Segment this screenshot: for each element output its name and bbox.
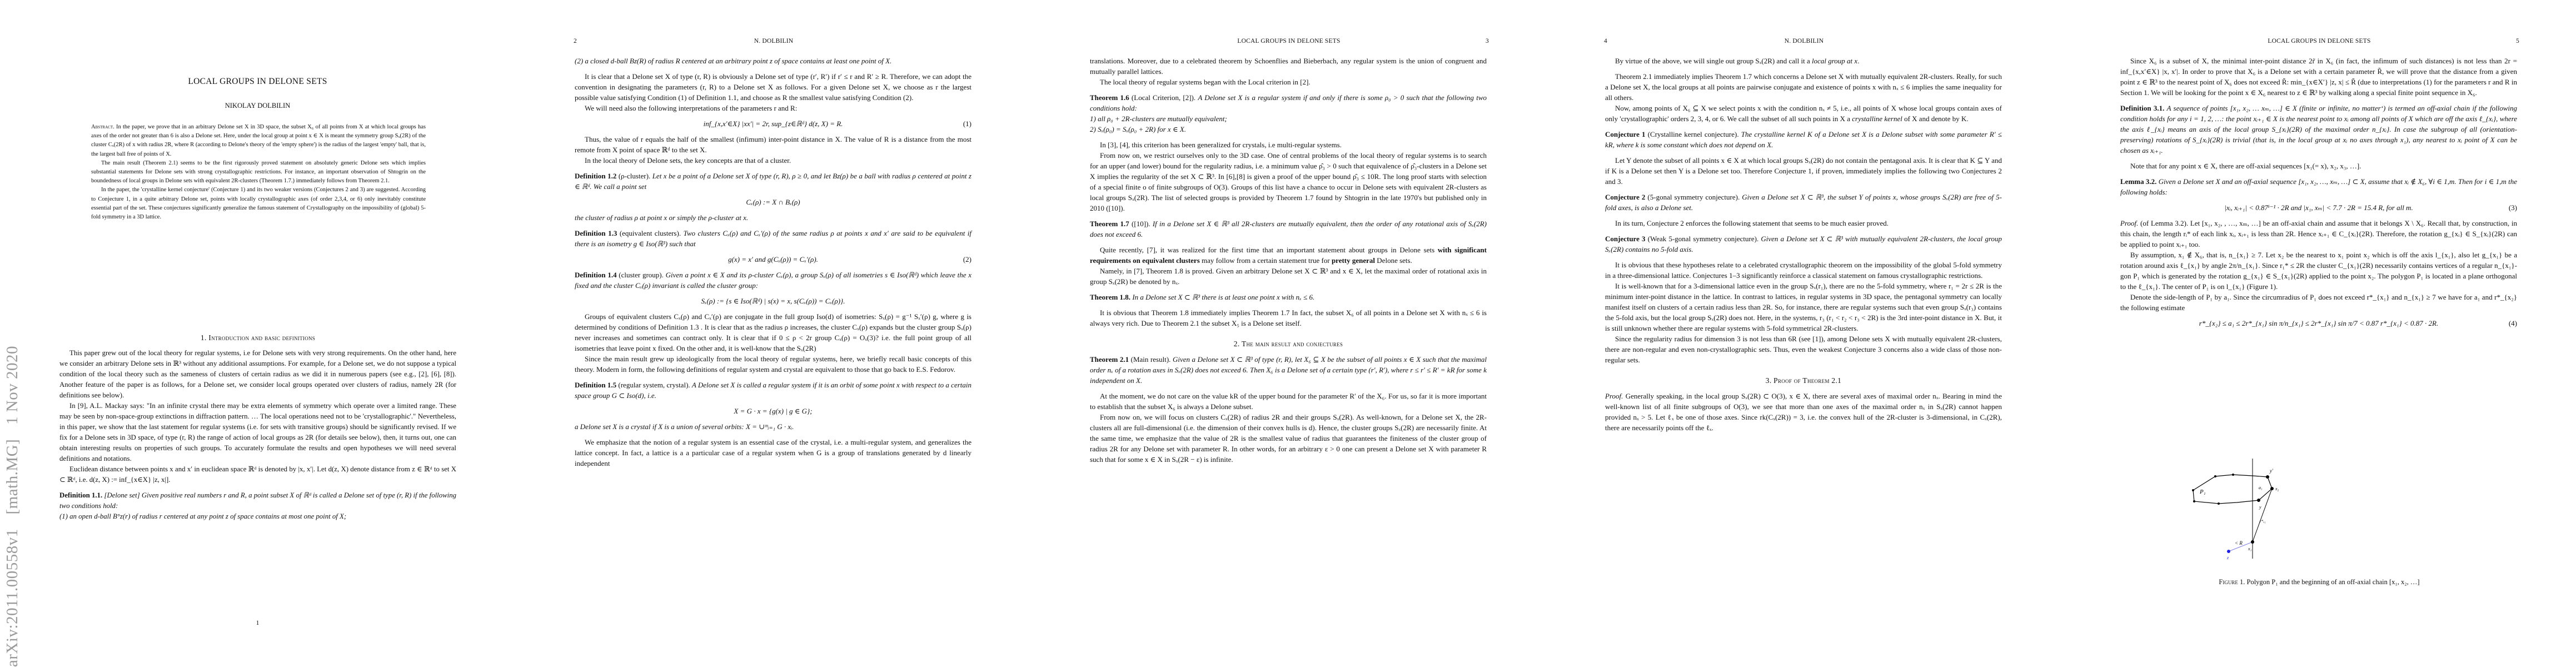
header-text: LOCAL GROUPS IN DELONE SETS — [2268, 38, 2370, 44]
equation-number: (2) — [963, 254, 971, 265]
equation-cluster: Cₓ(ρ) := X ∩ Bₓ(ρ) — [575, 197, 971, 207]
paragraph: In its turn, Conjecture 2 enforces the f… — [1605, 218, 2002, 228]
theorem-label: Theorem 1.8. — [1090, 293, 1130, 301]
paragraph: The local theory of regular systems bega… — [1090, 77, 1487, 87]
abstract: Abstract. In the paper, we prove that in… — [91, 123, 426, 222]
header-text: N. DOLBILIN — [1785, 38, 1824, 44]
label-a1: a₁ — [2259, 485, 2263, 490]
theorem-label: Theorem 2.1 — [1090, 355, 1129, 364]
page-3-body: translations. Moreover, due to a celebra… — [1090, 56, 1487, 465]
text-run: Delone sets. — [1375, 256, 1412, 265]
running-header: LOCAL GROUPS IN DELONE SETS 3 — [1089, 38, 1489, 44]
theorem-label: Theorem 1.7 — [1090, 220, 1129, 228]
paper-author: NIKOLAY DOLBILIN — [0, 102, 515, 110]
text-run: . — [1857, 57, 1859, 65]
paragraph: It is obvious that these hypotheses rela… — [1605, 260, 2002, 281]
abstract-label: Abstract. — [91, 124, 114, 130]
equation-2: g(x) = x′ and g(Cₓ(ρ)) = Cₓ′(ρ).(2) — [575, 254, 971, 265]
definition-continuation: the cluster of radius ρ at point x or si… — [575, 212, 971, 223]
definition-text: A sequence of points [x₁, x₂, … xₘ, …] ∈… — [2120, 104, 2517, 155]
label-r-star: r*ₓ₁ — [2260, 519, 2266, 524]
theorem-condition: 1) all ρ₀ + 2R-clusters are mutually equ… — [1090, 113, 1487, 124]
figure-caption: Figure 1. Polygon P₁ and the beginning o… — [2119, 578, 2519, 586]
definition-label: Definition 1.5 — [575, 381, 616, 389]
section-heading: 1. Introduction and basic definitions — [59, 332, 456, 343]
conjecture-name: (5-gonal symmetry conjecture). — [1647, 193, 1740, 201]
paragraph: From now on, we restrict ourselves only … — [1090, 150, 1487, 213]
paragraph: Since the main result grew up ideologica… — [575, 354, 971, 375]
theorem-1-7: Theorem 1.7 ([10]). If in a Delone set X… — [1090, 218, 1487, 240]
paragraph: From now on, we will focus on clusters C… — [1090, 412, 1487, 465]
equation-3: |xᵢ, xᵢ₊₁| < 0.87ⁱ⁻¹ · 2R and |x₁, xₘ| <… — [2120, 202, 2517, 213]
point-x1 — [2251, 540, 2254, 544]
page-number: 3 — [1486, 38, 1489, 44]
definition-label: Definition 1.4 — [575, 271, 617, 279]
page-4: 4 N. DOLBILIN By virtue of the above, we… — [1546, 0, 2061, 667]
running-header: 4 N. DOLBILIN — [1604, 38, 2004, 44]
label-p1: P₁ — [2199, 489, 2206, 495]
page-2-body: (2) a closed d-ball Bz(R) of radius R ce… — [575, 56, 971, 469]
proof: Proof. (of Lemma 3.2). Let [x₁, x₂, , …,… — [2120, 218, 2517, 250]
paragraph: We will need also the following interpre… — [575, 103, 971, 113]
paragraph: In the local theory of Delone sets, the … — [575, 155, 971, 166]
abstract-paragraph: In the paper, the 'crystalline kernel co… — [91, 186, 426, 222]
paragraph: It is clear that a Delone set X of type … — [575, 71, 971, 103]
theorem-1-6: Theorem 1.6 (Local Criterion, [2]). A De… — [1090, 92, 1487, 113]
page-5-body: Since X₆ is a subset of X, the minimal i… — [2120, 56, 2517, 333]
paragraph: Let Y denote the subset of all points x … — [1605, 155, 2002, 187]
conjecture-label: Conjecture 1 — [1605, 130, 1646, 138]
page-3: LOCAL GROUPS IN DELONE SETS 3 translatio… — [1030, 0, 1546, 667]
bold-phrase: pretty general — [1332, 256, 1375, 265]
figure-1-polygon-diagram: P₁ a₁ x₂ y y′ r*ₓ₁ x₁ < R z — [2161, 456, 2344, 567]
paragraph: Since X₆ is a subset of X, the minimal i… — [2120, 56, 2517, 98]
equation-number: (1) — [963, 118, 971, 129]
equation-orbit: X = G · x = {g(x) | g ∈ G}; — [575, 406, 971, 416]
text-run: By virtue of the above, we will single o… — [1615, 57, 1812, 65]
definition-name: (cluster group). — [619, 271, 664, 279]
theorem-name: ([10]). — [1132, 220, 1150, 228]
label-less-than-r: < R — [2235, 540, 2243, 546]
definition-1-4: Definition 1.4 (cluster group). Given a … — [575, 270, 971, 291]
proof-label: Proof. — [1605, 392, 1623, 400]
abstract-paragraph: In the paper, we prove that in an arbitr… — [91, 124, 426, 157]
lemma-label: Lemma 3.2. — [2120, 177, 2156, 186]
equation-cluster-group: Sₓ(ρ) := {s ∈ Iso(ℝᵈ) | s(x) = x, s(Cₓ(ρ… — [575, 296, 971, 306]
definition-name: (regular system, crystal). — [618, 381, 690, 389]
running-header: 2 N. DOLBILIN — [574, 38, 974, 44]
definition-continuation: a Delone set X is a crystal if X is a un… — [575, 421, 971, 432]
equation-4: r*_{x₂} ≤ a₁ ≤ 2r*_{x₁} sin π/n_{x₁} ≤ 2… — [2120, 318, 2517, 328]
conjecture-2: Conjecture 2 (5-gonal symmetry conjectur… — [1605, 192, 2002, 213]
proof-text: Generally speaking, in the local group S… — [1605, 392, 2002, 432]
definition-condition: (2) a closed d-ball Bz(R) of radius R ce… — [575, 56, 971, 66]
proof-label: Proof. — [2120, 219, 2138, 227]
conjecture-label: Conjecture 2 — [1605, 193, 1645, 201]
paragraph: Now, among points of X₆ ⊆ X we select po… — [1605, 103, 2002, 124]
arxiv-id: arXiv:2011.00558v1 — [3, 529, 21, 667]
page-number: 2 — [574, 38, 577, 44]
theorem-name: (Main result). — [1131, 355, 1171, 364]
paragraph: By assumption, x₁ ∉ X₆, that is, n_{x₁} … — [2120, 250, 2517, 292]
italic-term: crystalline kernel — [1852, 115, 1902, 123]
paragraph: At the moment, we do not care on the val… — [1090, 391, 1487, 412]
definition-name: (ρ-cluster). — [619, 172, 650, 180]
proof: Proof. Generally speaking, in the local … — [1605, 391, 2002, 433]
paragraph: We emphasize that the notion of a regula… — [575, 437, 971, 469]
arxiv-stamp: arXiv:2011.00558v1 [math.MG] 1 Nov 2020 — [3, 100, 22, 667]
paragraph: It is well-known that for a 3-dimensiona… — [1605, 281, 2002, 333]
header-text: LOCAL GROUPS IN DELONE SETS — [1237, 38, 1340, 44]
definition-label: Definition 1.2 — [575, 172, 616, 180]
running-header: LOCAL GROUPS IN DELONE SETS 5 — [2119, 38, 2519, 44]
conjecture-1: Conjecture 1 (Crystalline kernel conject… — [1605, 129, 2002, 150]
conjecture-name: (Crystalline kernel conjecture). — [1648, 130, 1739, 138]
paragraph: Thus, the value of r equals the half of … — [575, 134, 971, 155]
label-y: y — [2259, 505, 2261, 510]
equation-body: r*_{x₂} ≤ a₁ ≤ 2r*_{x₁} sin π/n_{x₁} ≤ 2… — [2199, 319, 2438, 327]
theorem-2-1: Theorem 2.1 (Main result). Given a Delon… — [1090, 354, 1487, 386]
paragraph: It is obvious that Theorem 1.8 immediate… — [1090, 307, 1487, 328]
theorem-text: In a Delone set X ⊂ ℝ³ there is at least… — [1132, 293, 1314, 301]
link-x1-x2 — [2253, 489, 2272, 542]
paragraph: By virtue of the above, we will single o… — [1605, 56, 2002, 66]
text-run: may follow from a certain statement true… — [1200, 256, 1332, 265]
paragraph: Euclidean distance between points x and … — [59, 464, 456, 485]
page-1-body: 1. Introduction and basic definitions Th… — [59, 332, 456, 522]
definition-1-5: Definition 1.5 (regular system, crystal)… — [575, 380, 971, 401]
page-1: arXiv:2011.00558v1 [math.MG] 1 Nov 2020 … — [0, 0, 515, 667]
label-x2: x₂ — [2275, 486, 2279, 491]
abstract-paragraph: The main result (Theorem 2.1) seems to b… — [91, 159, 426, 186]
page-4-body: By virtue of the above, we will single o… — [1605, 56, 2002, 433]
lemma-3-2: Lemma 3.2. Given a Delone set X and an o… — [2120, 176, 2517, 197]
definition-1-2: Definition 1.2 (ρ-cluster). Let x be a p… — [575, 171, 971, 192]
definition-name: (equivalent clusters). — [620, 229, 681, 237]
paragraph: translations. Moreover, due to a celebra… — [1090, 56, 1487, 77]
theorem-condition: 2) Sₓ(ρ₀) = Sₓ(ρ₀ + 2R) for x ∈ X. — [1090, 124, 1487, 135]
conjecture-name: (Weak 5-gonal symmetry conjecture). — [1648, 235, 1759, 243]
conjecture-3: Conjecture 3 (Weak 5-gonal symmetry conj… — [1605, 233, 2002, 255]
definition-label: Definition 1.3 — [575, 229, 617, 237]
paragraph: Namely, in [7], Theorem 1.8 is proved. G… — [1090, 266, 1487, 287]
equation-1: inf_{x,x′∈X} |xx′| = 2r, sup_{z∈ℝᵈ} d(z,… — [575, 118, 971, 129]
theorem-name: (Local Criterion, [2]). — [1132, 93, 1195, 102]
page-number: 5 — [2516, 38, 2519, 44]
text-run: of X and denote by K. — [1902, 115, 1969, 123]
caption-label: Figure 1. — [2219, 578, 2245, 586]
paper-title: LOCAL GROUPS IN DELONE SETS — [0, 77, 515, 87]
arxiv-category: [math.MG] — [3, 439, 21, 515]
proof-text: (of Lemma 3.2). Let [x₁, x₂, , …, xₘ, …]… — [2120, 219, 2517, 248]
text-run: Quite recently, [7], it was realized for… — [1100, 246, 1438, 254]
definition-1-1: Definition 1.1. [Delone set] Given posit… — [59, 490, 456, 511]
label-y-prime: y′ — [2269, 468, 2274, 474]
section-heading: 3. Proof of Theorem 2.1 — [1605, 375, 2002, 386]
paragraph: This paper grew out of the local theory … — [59, 348, 456, 401]
page-number: 1 — [0, 619, 515, 627]
definition-3-1: Definition 3.1. A sequence of points [x₁… — [2120, 103, 2517, 156]
italic-term: local group at x — [1812, 57, 1857, 65]
paragraph: Note that for any point x ∈ X, there are… — [2120, 161, 2517, 171]
arxiv-date: 1 Nov 2020 — [3, 346, 21, 425]
equation-body: g(x) = x′ and g(Cₓ(ρ)) = Cₓ′(ρ). — [728, 255, 818, 263]
lemma-text: Given a Delone set X and an off-axial se… — [2120, 177, 2517, 196]
definition-1-3: Definition 1.3 (equivalent clusters). Tw… — [575, 228, 971, 249]
equation-body: inf_{x,x′∈X} |xx′| = 2r, sup_{z∈ℝᵈ} d(z,… — [704, 120, 843, 128]
point-z — [2227, 550, 2230, 553]
paragraph: Since the regularity radius for dimensio… — [1605, 333, 2002, 365]
definition-text: [Delone set] Given positive real numbers… — [59, 491, 456, 510]
label-z: z — [2226, 555, 2229, 560]
page-2: 2 N. DOLBILIN (2) a closed d-ball Bz(R) … — [515, 0, 1030, 667]
definition-condition: (1) an open d-ball B°z(r) of radius r ce… — [59, 511, 456, 522]
paragraph: Theorem 2.1 immediately implies Theorem … — [1605, 71, 2002, 103]
caption-text: Polygon P₁ and the beginning of an off-a… — [2247, 578, 2420, 586]
theorem-1-8: Theorem 1.8. In a Delone set X ⊂ ℝ³ ther… — [1090, 292, 1487, 302]
paragraph: Denote the side-length of P₁ by a₁. Sinc… — [2120, 292, 2517, 313]
page-5: LOCAL GROUPS IN DELONE SETS 5 Since X₆ i… — [2061, 0, 2576, 667]
paragraph: Quite recently, [7], it was realized for… — [1090, 245, 1487, 266]
header-text: N. DOLBILIN — [754, 38, 794, 44]
definition-label: Definition 3.1. — [2120, 104, 2164, 112]
paragraph: Groups of equivalent clusters Cₓ(ρ) and … — [575, 311, 971, 354]
conjecture-label: Conjecture 3 — [1605, 235, 1646, 243]
label-x1: x₁ — [2248, 546, 2252, 551]
equation-number: (4) — [2509, 318, 2517, 328]
page-number: 4 — [1604, 38, 1607, 44]
equation-body: |xᵢ, xᵢ₊₁| < 0.87ⁱ⁻¹ · 2R and |x₁, xₘ| <… — [2224, 203, 2413, 212]
section-heading: 2. The main result and conjectures — [1090, 339, 1487, 349]
paragraph: In [9], A.L. Mackay says: "In an infinit… — [59, 401, 456, 464]
paragraph: In [3], [4], this criterion has been gen… — [1090, 140, 1487, 150]
equation-number: (3) — [2509, 202, 2517, 213]
theorem-label: Theorem 1.6 — [1090, 93, 1129, 102]
definition-label: Definition 1.1. — [59, 491, 102, 499]
